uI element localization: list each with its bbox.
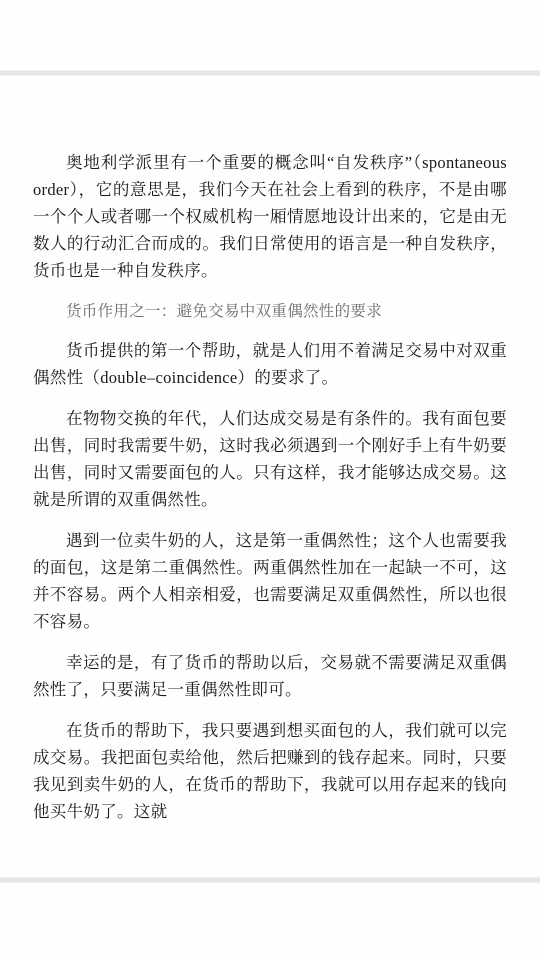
paragraph-double-coincidence: 遇到一位卖牛奶的人，这是第一重偶然性；这个人也需要我的面包，这是第二重偶然性。两… xyxy=(33,527,507,635)
paragraph-fortunately: 幸运的是，有了货币的帮助以后，交易就不需要满足双重偶然性了，只要满足一重偶然性即… xyxy=(33,649,507,703)
paragraph-with-money: 在货币的帮助下，我只要遇到想买面包的人，我们就可以完成交易。我把面包卖给他，然后… xyxy=(33,717,507,825)
paragraph-barter: 在物物交换的年代，人们达成交易是有条件的。我有面包要出售，同时我需要牛奶，这时我… xyxy=(33,405,507,513)
bottom-divider xyxy=(0,877,540,883)
paragraph-spontaneous-order: 奥地利学派里有一个重要的概念叫“自发秩序”（spontaneous order）… xyxy=(33,149,507,284)
section-heading: 货币作用之一：避免交易中双重偶然性的要求 xyxy=(33,298,507,325)
document-page: 奥地利学派里有一个重要的概念叫“自发秩序”（spontaneous order）… xyxy=(33,149,507,839)
top-divider xyxy=(0,70,540,76)
paragraph-first-help: 货币提供的第一个帮助，就是人们用不着满足交易中对双重偶然性（double–coi… xyxy=(33,337,507,391)
